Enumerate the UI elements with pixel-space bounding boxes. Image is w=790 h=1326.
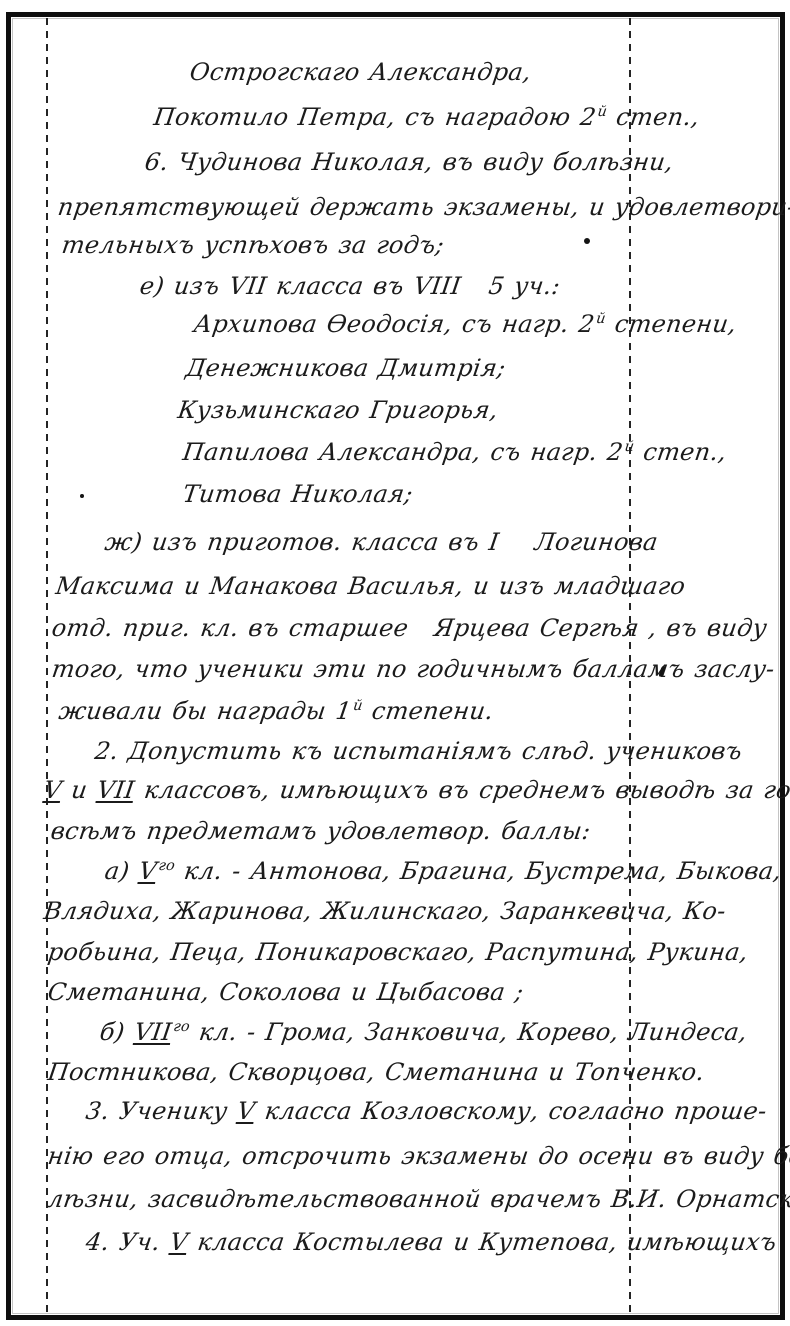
handwritten-text-segment: Ярцева Сергѣя , въ виду [432,614,769,642]
handwritten-line: Острогскаго Александра, [188,58,533,86]
handwritten-text-segment: класса Костылева и Кутепова, имѣющихъ [186,1228,779,1256]
handwritten-line: нію его отца, отсрочить экзамены до осен… [46,1142,790,1170]
handwritten-text-segment: того, что ученики эти по годичнымъ балла… [50,655,777,683]
handwritten-text-segment: и [60,776,100,804]
handwritten-line: Сметанина, Соколова и Цыбасова ; [46,978,525,1006]
handwritten-line: е) изъ VII класса въ VIII5 уч.: [138,272,562,300]
handwritten-line: Максима и Манакова Василья, и изъ младша… [54,572,687,600]
handwritten-text-segment: Логинова [533,528,660,556]
handwritten-line: 6. Чудинова Николая, въ виду болѣзни, [143,148,675,176]
handwritten-text-segment: 4. Уч. [84,1228,172,1256]
handwritten-line: Постникова, Скворцова, Сметанина и Топче… [46,1058,706,1086]
handwritten-text-segment: Папилова Александра, съ нагр. 2 [181,438,625,466]
handwritten-line: 3. Ученику V класса Козловскому, согласн… [84,1097,769,1125]
handwritten-text-segment: классовъ, имѣющихъ въ среднемъ выводѣ за… [132,776,790,804]
handwritten-text-segment: кл. - Антонова, Брагина, Бустрема, Быков… [172,857,783,885]
handwritten-line: Денежникова Дмитрія; [184,354,508,382]
handwritten-text-segment: всѣмъ предметамъ удовлетвор. баллы: [49,817,592,845]
handwritten-text-segment: Титова Николая; [181,480,415,508]
handwritten-text-segment: класса Козловскому, согласно проше- [253,1097,768,1125]
handwritten-line: препятствующей держать экзамены, и удовл… [56,193,790,221]
handwritten-text-segment: лѣзни, засвидѣтельствованной врачемъ В.И… [46,1185,790,1213]
handwritten-text-segment: е) изъ VII класса въ VIII [138,272,463,300]
handwritten-text-segment: степени, [603,310,738,338]
handwritten-line: Титова Николая; [181,480,415,508]
scanned-page: Острогскаго Александра,Покотило Петра, с… [0,0,790,1326]
handwritten-line: Покотило Петра, съ наградою 2й степ., [152,103,701,131]
handwritten-text-segment: Денежникова Дмитрія; [184,354,508,382]
handwritten-text-segment: нію его отца, отсрочить экзамены до осен… [46,1142,790,1170]
handwritten-text-segment: Сметанина, Соколова и Цыбасова ; [46,978,525,1006]
handwritten-text-segment: V [137,857,159,885]
handwritten-line: б) VIIго кл. - Грома, Занковича, Корево,… [98,1018,749,1046]
handwritten-text-segment: препятствующей держать экзамены, и удовл… [56,193,790,221]
handwritten-text-segment: Архипова Ѳеодосія, съ нагр. 2 [192,310,596,338]
handwritten-text-segment: б) [98,1018,136,1046]
handwritten-line: Папилова Александра, съ нагр. 2й степ., [181,438,728,466]
ink-mark [584,238,590,244]
handwritten-text-segment: Кузьминскаго Григорья, [176,396,500,424]
handwritten-text-segment: степени. [360,697,495,725]
handwritten-text-segment: отд. приг. кл. въ старшее [50,614,410,642]
handwritten-line: Кузьминскаго Григорья, [176,396,500,424]
handwritten-line: живали бы награды 1й степени. [57,697,495,725]
handwritten-text-segment: 2. Допустить къ испытаніямъ слѣд. ученик… [93,737,744,765]
handwritten-text-segment: живали бы награды 1 [57,697,353,725]
handwritten-line: отд. приг. кл. въ старшееЯрцева Сергѣя ,… [50,614,769,642]
ink-mark [80,494,84,498]
handwritten-text-segment: Острогскаго Александра, [188,58,533,86]
handwritten-text-segment: 3. Ученику [84,1097,239,1125]
handwritten-text-segment: Постникова, Скворцова, Сметанина и Топче… [46,1058,706,1086]
handwritten-line: а) Vго кл. - Антонова, Брагина, Бустрема… [103,857,783,885]
handwritten-line: того, что ученики эти по годичнымъ балла… [50,655,777,683]
handwritten-line: 4. Уч. V класса Костылева и Кутепова, им… [84,1228,778,1256]
handwritten-text-segment: степ., [632,438,729,466]
handwritten-text-segment: тельныхъ успѣховъ за годъ; [60,231,446,259]
handwritten-line: робьина, Пеца, Поникаровскаго, Распутина… [46,938,750,966]
handwritten-text-segment: 6. Чудинова Николая, въ виду болѣзни, [143,148,675,176]
handwritten-text-segment: 5 уч.: [487,272,562,300]
handwritten-text-segment: робьина, Пеца, Поникаровскаго, Распутина… [46,938,750,966]
handwritten-text-segment: ж) изъ приготов. класса въ I [103,528,501,556]
handwritten-line: V и VII классовъ, имѣющихъ въ среднемъ в… [42,776,790,804]
handwritten-text-segment: а) [103,857,141,885]
handwritten-line: тельныхъ успѣховъ за годъ; [60,231,446,259]
handwritten-line: всѣмъ предметамъ удовлетвор. баллы: [49,817,592,845]
handwritten-line: лѣзни, засвидѣтельствованной врачемъ В.И… [46,1185,790,1213]
left-margin-rule [46,18,48,1314]
handwritten-text-segment: кл. - Грома, Занковича, Корево, Линдеса, [187,1018,749,1046]
handwritten-line: Влядиха, Жаринова, Жилинскаго, Заранкеви… [42,897,728,925]
handwritten-text-segment: Максима и Манакова Василья, и изъ младша… [54,572,687,600]
handwritten-line: Архипова Ѳеодосія, съ нагр. 2й степени, [192,310,738,338]
handwritten-line: ж) изъ приготов. класса въ IЛогинова [103,528,660,556]
handwritten-line: 2. Допустить къ испытаніямъ слѣд. ученик… [93,737,744,765]
handwritten-text-segment: степ., [605,103,702,131]
handwritten-text-segment: Покотило Петра, съ наградою 2 [152,103,598,131]
handwritten-text-segment: VII [95,776,136,804]
handwritten-text-segment: Влядиха, Жаринова, Жилинскаго, Заранкеви… [42,897,728,925]
handwritten-text-segment: VII [133,1018,174,1046]
